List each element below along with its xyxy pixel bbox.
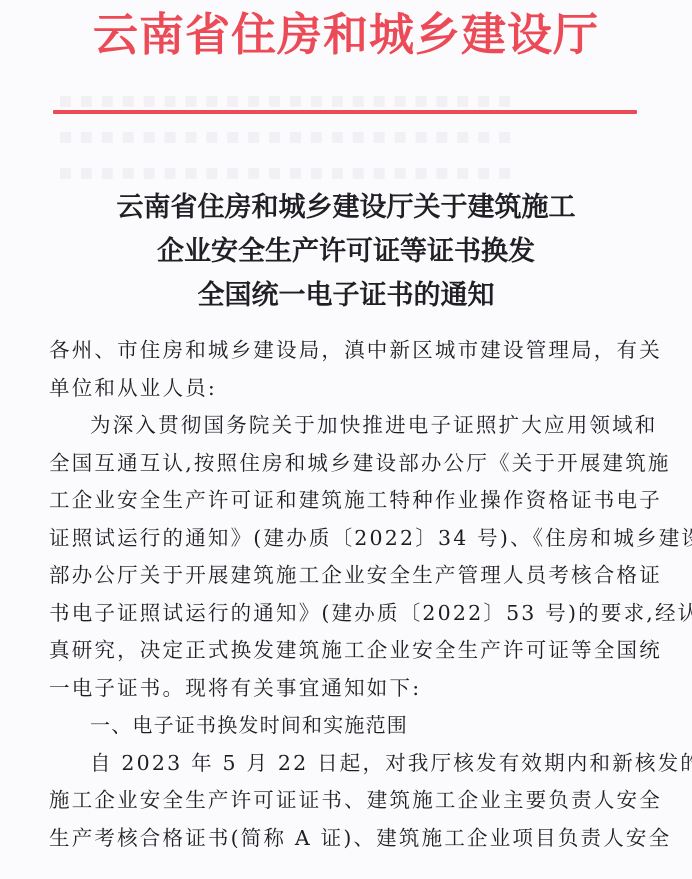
paragraph-line: 自 2023 年 5 月 22 日起，对我厅核发有效期内和新核发的 <box>49 745 647 783</box>
paragraph-line: 为深入贯彻国务院关于加快推进电子证照扩大应用领域和 <box>49 407 647 445</box>
document-page: ▪▪▪▪▪▪▪▪▪▪▪▪▪▪▪▪▪▪▪▪▪▪ ▪▪▪▪▪▪▪▪▪▪▪▪▪▪▪▪▪… <box>0 0 692 879</box>
bleed-through-text: ▪▪▪▪▪▪▪▪▪▪▪▪▪▪▪▪▪▪▪▪▪▪ <box>58 160 638 185</box>
document-title: 云南省住房和城乡建设厅关于建筑施工 企业安全生产许可证等证书换发 全国统一电子证… <box>0 186 692 318</box>
red-header-rule <box>53 110 637 114</box>
paragraph-line: 施工企业安全生产许可证证书、建筑施工企业主要负责人安全 <box>49 782 647 820</box>
document-body: 各州、市住房和城乡建设局，滇中新区城市建设管理局，有关 单位和从业人员: 为深入… <box>49 332 647 857</box>
bleed-through-text: ▪▪▪▪▪▪▪▪▪▪▪▪▪▪▪▪▪▪▪▪▪▪ <box>58 124 638 149</box>
paragraph-line: 部办公厅关于开展建筑施工企业安全生产管理人员考核合格证 <box>49 557 647 595</box>
title-line: 全国统一电子证书的通知 <box>0 274 692 318</box>
paragraph-line: 全国互通互认,按照住房和城乡建设部办公厅《关于开展建筑施 <box>49 445 647 483</box>
letterhead-masthead: 云南省住房和城乡建设厅 <box>0 4 692 66</box>
title-line: 云南省住房和城乡建设厅关于建筑施工 <box>0 186 692 230</box>
paragraph-line: 工企业安全生产许可证和建筑施工特种作业操作资格证书电子 <box>49 482 647 520</box>
paragraph-line: 真研究，决定正式换发建筑施工企业安全生产许可证等全国统 <box>49 632 647 670</box>
title-line: 企业安全生产许可证等证书换发 <box>0 230 692 274</box>
paragraph-line: 证照试运行的通知》(建办质〔2022〕34 号)、《住房和城乡建设 <box>49 520 647 558</box>
paragraph-line: 生产考核合格证书(简称 A 证)、建筑施工企业项目负责人安全 <box>49 820 647 858</box>
addressee-line: 单位和从业人员: <box>49 370 647 408</box>
paragraph-line: 书电子证照试运行的通知》(建办质〔2022〕53 号)的要求,经认 <box>49 595 647 633</box>
addressee-line: 各州、市住房和城乡建设局，滇中新区城市建设管理局，有关 <box>49 332 647 370</box>
paragraph-line: 一电子证书。现将有关事宜通知如下: <box>49 670 647 708</box>
section-heading: 一、电子证书换发时间和实施范围 <box>49 707 647 745</box>
